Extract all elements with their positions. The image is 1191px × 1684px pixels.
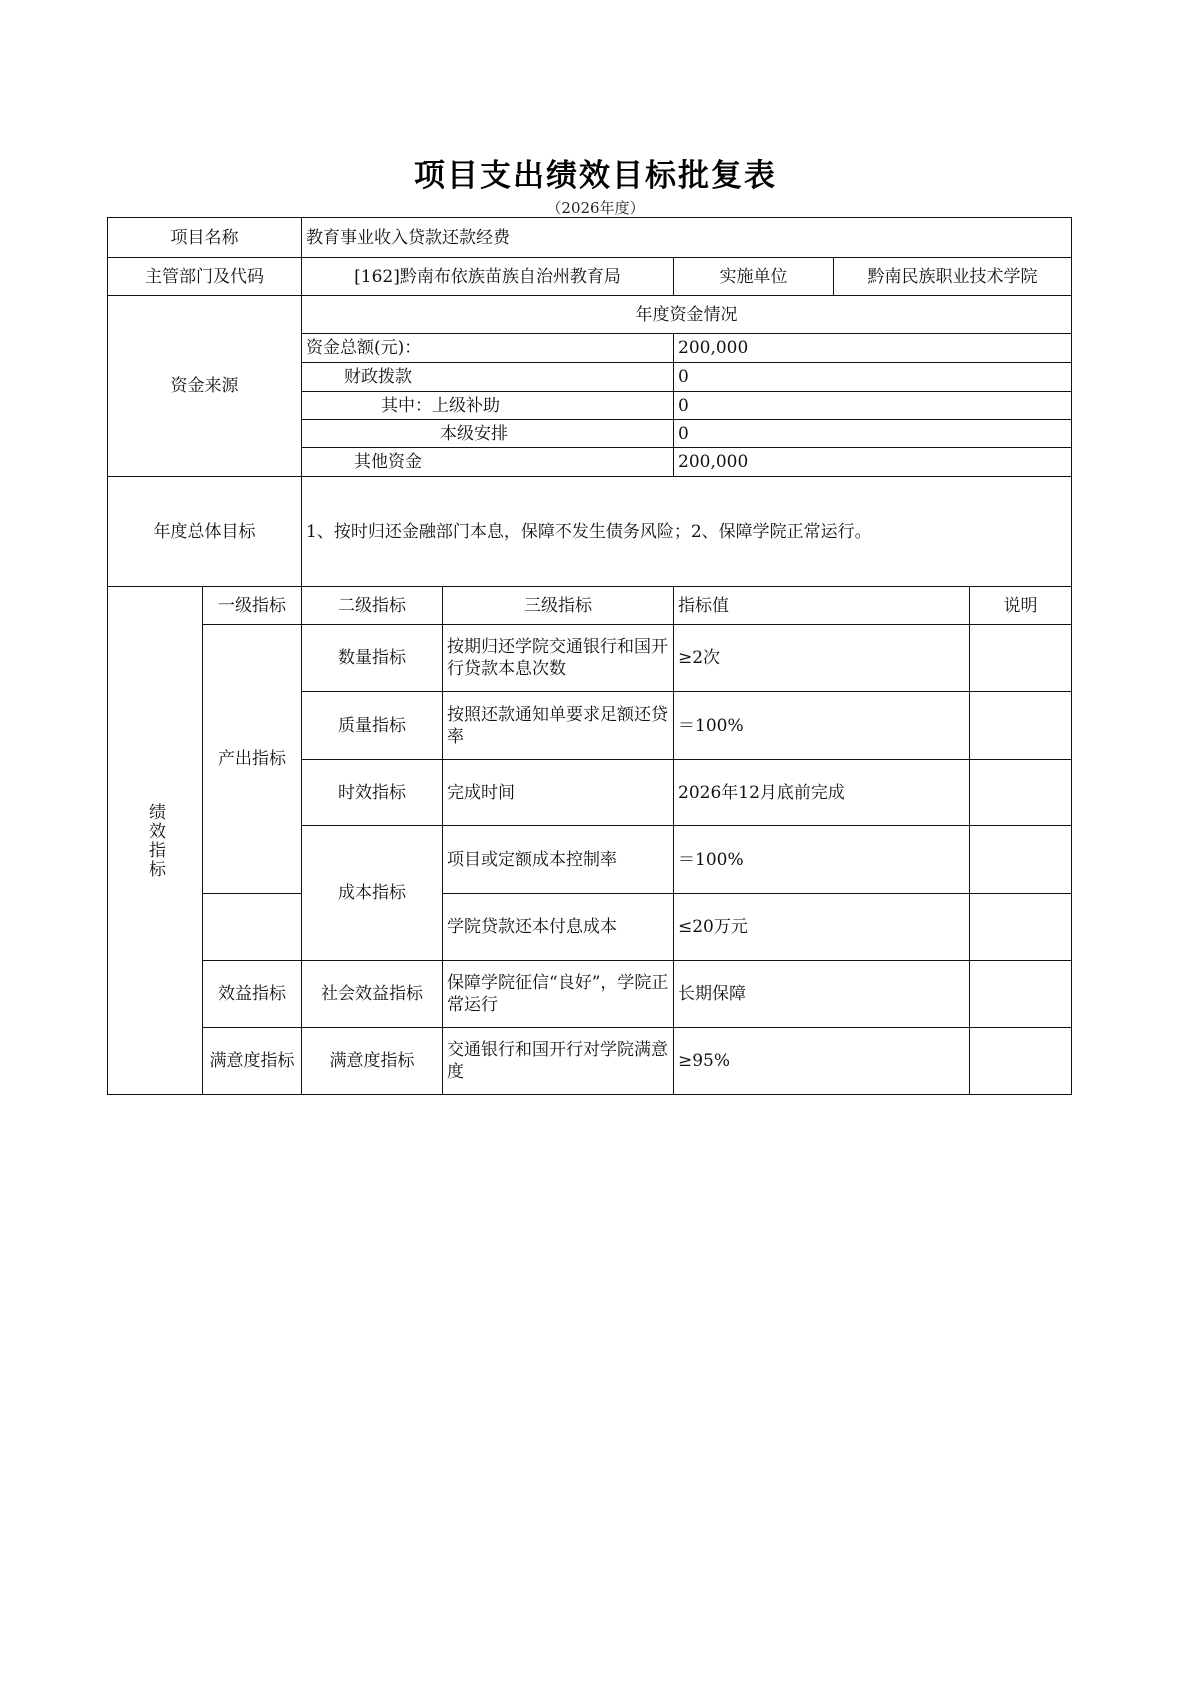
level3-loan-cost: 学院贷款还本付息成本 xyxy=(442,893,674,961)
funds-other-value: 200,000 xyxy=(673,447,1072,477)
funds-local-arrangement-value: 0 xyxy=(673,419,1072,448)
impl-unit-label: 实施单位 xyxy=(673,257,834,296)
funds-local-arrangement-label: 本级安排 xyxy=(301,419,674,448)
col-header-level3: 三级指标 xyxy=(442,586,674,625)
level3-bank-satisfaction: 交通银行和国开行对学院满意度 xyxy=(442,1027,674,1095)
note-full-repayment-rate xyxy=(969,691,1072,760)
performance-section-text: 绩效指标 xyxy=(144,803,166,879)
impl-unit-value: 黔南民族职业技术学院 xyxy=(833,257,1072,296)
note-loan-cost xyxy=(969,893,1072,961)
level2-cost: 成本指标 xyxy=(301,825,443,961)
level1-output: 产出指标 xyxy=(202,624,302,894)
funds-fiscal-label: 财政拨款 xyxy=(301,362,674,392)
funds-other-label: 其他资金 xyxy=(301,447,674,477)
value-bank-satisfaction: ≥95% xyxy=(673,1027,970,1095)
value-repayment-count: ≥2次 xyxy=(673,624,970,692)
performance-section-label: 绩效指标 xyxy=(107,586,203,1095)
value-cost-control-rate: ＝100% xyxy=(673,825,970,894)
dept-label: 主管部门及代码 xyxy=(107,257,302,296)
col-header-level1: 一级指标 xyxy=(202,586,302,625)
col-header-note: 说明 xyxy=(969,586,1072,625)
funds-fiscal-value: 0 xyxy=(673,362,1072,392)
level3-full-repayment-rate: 按照还款通知单要求足额还贷率 xyxy=(442,691,674,760)
funds-annual-header: 年度资金情况 xyxy=(301,295,1072,334)
note-repayment-count xyxy=(969,624,1072,692)
level3-cost-control-rate: 项目或定额成本控制率 xyxy=(442,825,674,894)
note-completion-time xyxy=(969,759,1072,826)
col-header-value: 指标值 xyxy=(673,586,970,625)
level2-satisfaction: 满意度指标 xyxy=(301,1027,443,1095)
dept-value: [162]黔南布依族苗族自治州教育局 xyxy=(301,257,674,296)
level2-social-benefit: 社会效益指标 xyxy=(301,960,443,1028)
col-header-level2: 二级指标 xyxy=(301,586,443,625)
annual-goal-label: 年度总体目标 xyxy=(107,476,302,587)
value-full-repayment-rate: ＝100% xyxy=(673,691,970,760)
note-credit-rating xyxy=(969,960,1072,1028)
page-subtitle-year: （2026年度） xyxy=(0,197,1191,218)
value-loan-cost: ≤20万元 xyxy=(673,893,970,961)
level1-benefit: 效益指标 xyxy=(202,960,302,1028)
page-title: 项目支出绩效目标批复表 xyxy=(0,150,1191,195)
level2-quantity: 数量指标 xyxy=(301,624,443,692)
level2-timeliness: 时效指标 xyxy=(301,759,443,826)
note-cost-control-rate xyxy=(969,825,1072,894)
project-name-value: 教育事业收入贷款还款经费 xyxy=(301,217,1072,258)
funds-superior-subsidy-value: 0 xyxy=(673,391,1072,420)
funds-source-label: 资金来源 xyxy=(107,295,302,477)
level3-credit-rating: 保障学院征信“良好”，学院正常运行 xyxy=(442,960,674,1028)
level2-quality: 质量指标 xyxy=(301,691,443,760)
note-bank-satisfaction xyxy=(969,1027,1072,1095)
level3-completion-time: 完成时间 xyxy=(442,759,674,826)
funds-total-label: 资金总额(元)： xyxy=(301,333,674,363)
value-completion-time: 2026年12月底前完成 xyxy=(673,759,970,826)
level3-repayment-count: 按期归还学院交通银行和国开行贷款本息次数 xyxy=(442,624,674,692)
project-name-label: 项目名称 xyxy=(107,217,302,258)
annual-goal-text: 1、按时归还金融部门本息，保障不发生债务风险；2、保障学院正常运行。 xyxy=(301,476,1072,587)
funds-total-value: 200,000 xyxy=(673,333,1072,363)
value-credit-rating: 长期保障 xyxy=(673,960,970,1028)
funds-superior-subsidy-label: 其中：上级补助 xyxy=(301,391,674,420)
level1-satisfaction: 满意度指标 xyxy=(202,1027,302,1095)
